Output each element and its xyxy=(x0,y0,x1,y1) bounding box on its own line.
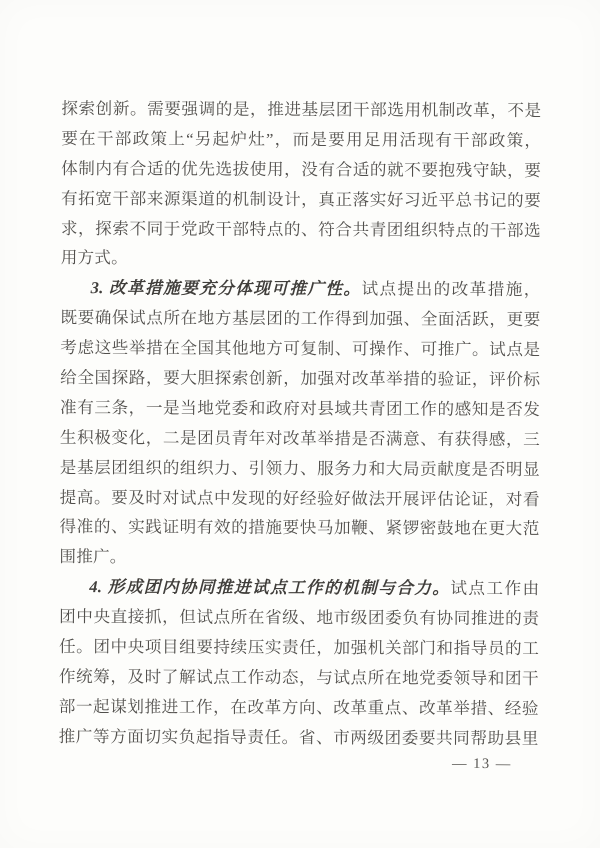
text-line: 考虑这些举措在全国其他地方可复制、可操作、可推广。试点是 xyxy=(60,333,540,365)
item-heading-text: 3. 改革措施要充分体现可推广性。 xyxy=(91,278,362,298)
text-line: 准有三条，一是当地党委和政府对县域共青团工作的感知是否发 xyxy=(60,393,540,425)
text-line: 既要确保试点所在地方基层团的工作得到加强、全面活跃，更要 xyxy=(60,303,540,335)
item-heading-text: 4. 形成团内协同推进试点工作的机制与合力。 xyxy=(89,577,450,598)
text-line: 是基层团组织的组织力、引领力、服务力和大局贡献度是否明显 xyxy=(60,453,540,485)
text-line: 体制内有合适的优先选拔使用，没有合适的就不要抱残守缺，要 xyxy=(61,154,541,186)
text-line: 用方式。 xyxy=(61,243,541,275)
text-line: 求，探索不同于党政干部特点的、符合共青团组织特点的干部选 xyxy=(61,214,541,246)
text-line: 提高。要及时对试点中发现的好经验好做法开展评估论证，对看 xyxy=(60,483,540,515)
text-line: 4. 形成团内协同推进试点工作的机制与合力。试点工作由 xyxy=(59,572,539,604)
text-line: 作统筹，及时了解试点工作动态，与试点所在地党委领导和团干 xyxy=(59,662,539,694)
text-line: 围推广。 xyxy=(59,542,539,574)
text-line: 探索创新。需要强调的是，推进基层团干部选用机制改革，不是 xyxy=(61,94,541,126)
scanned-document-page: 探索创新。需要强调的是，推进基层团干部选用机制改革，不是要在干部政策上“另起炉灶… xyxy=(0,0,600,848)
text-line: 团中央直接抓，但试点所在省级、地市级团委负有协同推进的责 xyxy=(59,602,539,634)
text-line: 给全国探路，要大胆探索创新，加强对改革举措的验证，评价标 xyxy=(60,363,540,395)
text-line: 要在干部政策上“另起炉灶”，而是要用足用活现有干部政策， xyxy=(61,124,541,156)
document-body-text: 探索创新。需要强调的是，推进基层团干部选用机制改革，不是要在干部政策上“另起炉灶… xyxy=(59,94,542,754)
text-line: 推广等方面切实负起指导责任。省、市两级团委要共同帮助县里 xyxy=(59,722,539,754)
body-text-segment: 试点提出的改革措施， xyxy=(361,280,540,300)
text-line: 3. 改革措施要充分体现可推广性。试点提出的改革措施， xyxy=(61,273,541,305)
text-line: 得准的、实践证明有效的措施要快马加鞭、紧锣密鼓地在更大范 xyxy=(59,512,539,544)
page-number: — 13 — xyxy=(452,756,512,773)
text-line: 有拓宽干部来源渠道的机制设计，真正落实好习近平总书记的要 xyxy=(61,184,541,216)
text-line: 任。团中央项目组要持续压实责任，加强机关部门和指导员的工 xyxy=(59,632,539,664)
text-line: 部一起谋划推进工作，在改革方向、改革重点、改革举措、经验 xyxy=(59,692,539,724)
body-text-segment: 试点工作由 xyxy=(450,579,539,598)
text-line: 生积极变化，二是团员青年对改革举措是否满意、有获得感，三 xyxy=(60,423,540,455)
